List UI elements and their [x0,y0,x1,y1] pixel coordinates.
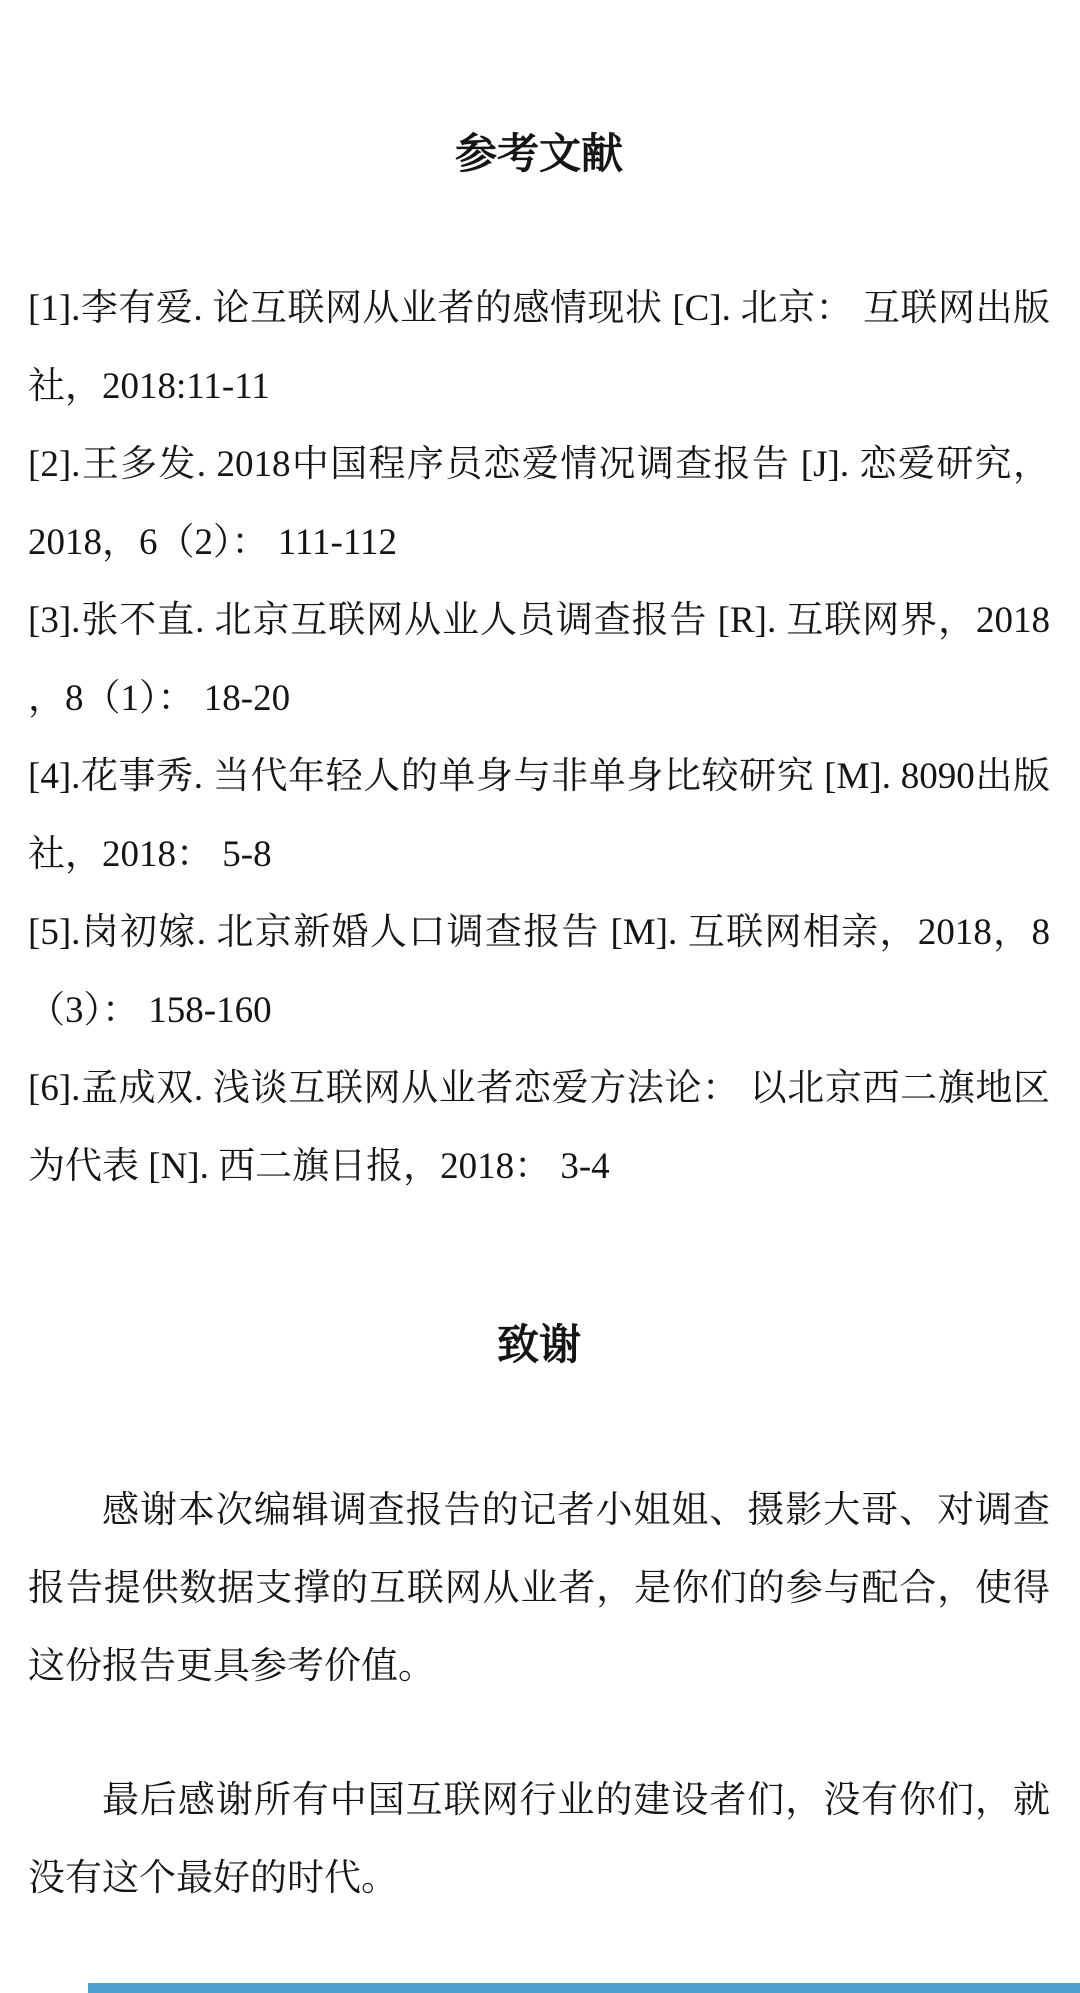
references-heading: 参考文献 [28,0,1050,176]
acknowledgment-paragraph: 最后感谢所有中国互联网行业的建设者们，没有你们，就没有这个最好的时代。 [28,1762,1050,1918]
acknowledgments-body: 感谢本次编辑调查报告的记者小姐姐、摄影大哥、对调查报告提供数据支撑的互联网从业者… [28,1472,1050,1918]
reference-item: [4].花事秀. 当代年轻人的单身与非单身比较研究 [M]. 8090出版社，2… [28,738,1050,894]
bottom-accent-bar [88,1983,1080,1993]
acknowledgments-heading: 致谢 [28,1325,1050,1367]
reference-item: [5].岗初嫁. 北京新婚人口调查报告 [M]. 互联网相亲，2018，8（3）… [28,894,1050,1050]
references-list: [1].李有爱. 论互联网从业者的感情现状 [C]. 北京： 互联网出版社，20… [28,270,1050,1206]
acknowledgment-paragraph: 感谢本次编辑调查报告的记者小姐姐、摄影大哥、对调查报告提供数据支撑的互联网从业者… [28,1472,1050,1706]
reference-item: [1].李有爱. 论互联网从业者的感情现状 [C]. 北京： 互联网出版社，20… [28,270,1050,426]
document-page: 参考文献 [1].李有爱. 论互联网从业者的感情现状 [C]. 北京： 互联网出… [0,0,1080,1993]
reference-item: [2].王多发. 2018中国程序员恋爱情况调查报告 [J]. 恋爱研究，201… [28,426,1050,582]
reference-item: [3].张不直. 北京互联网从业人员调查报告 [R]. 互联网界，2018 ，8… [28,582,1050,738]
reference-item: [6].孟成双. 浅谈互联网从业者恋爱方法论： 以北京西二旗地区为代表 [N].… [28,1050,1050,1206]
